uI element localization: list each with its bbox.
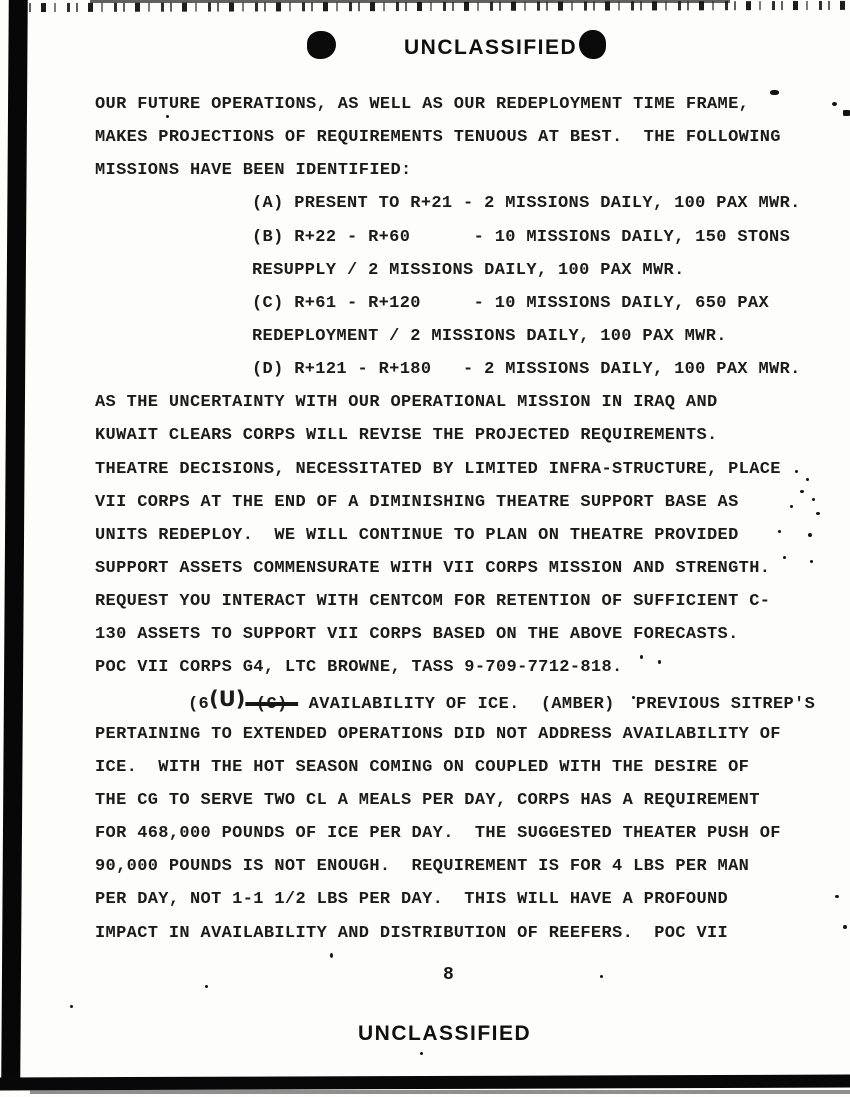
text-segment: (6 bbox=[188, 695, 209, 714]
scan-noise-band bbox=[20, 1, 848, 12]
scan-speck bbox=[832, 102, 837, 106]
hole-punch-icon bbox=[579, 30, 606, 59]
scan-speck bbox=[806, 478, 809, 481]
handwritten-unclassified-mark: (U) bbox=[209, 687, 245, 711]
scan-edge-bar-bottom bbox=[0, 1075, 850, 1091]
scan-speck bbox=[205, 985, 208, 988]
hole-punch-icon bbox=[307, 31, 336, 59]
scan-speck bbox=[640, 655, 643, 659]
scan-speck bbox=[816, 512, 820, 515]
scan-speck bbox=[166, 115, 169, 118]
text-line: RESUPPLY / 2 MISSIONS DAILY, 100 PAX MWR… bbox=[95, 254, 795, 287]
text-line: REDEPLOYMENT / 2 MISSIONS DAILY, 100 PAX… bbox=[95, 320, 795, 353]
scan-speck bbox=[835, 895, 839, 898]
scan-speck bbox=[770, 90, 779, 95]
text-line: THE CG TO SERVE TWO CL A MEALS PER DAY, … bbox=[95, 784, 795, 817]
text-line: ICE. WITH THE HOT SEASON COMING ON COUPL… bbox=[95, 751, 795, 784]
scan-speck bbox=[810, 560, 813, 563]
text-line: UNITS REDEPLOY. WE WILL CONTINUE TO PLAN… bbox=[95, 519, 795, 552]
scanned-document-page: UNCLASSIFIED OUR FUTURE OPERATIONS, AS W… bbox=[0, 0, 850, 1097]
text-line: IMPACT IN AVAILABILITY AND DISTRIBUTION … bbox=[95, 917, 795, 950]
scan-speck bbox=[600, 975, 603, 978]
text-line: OUR FUTURE OPERATIONS, AS WELL AS OUR RE… bbox=[95, 88, 795, 121]
text-line: 90,000 POUNDS IS NOT ENOUGH. REQUIREMENT… bbox=[95, 850, 795, 883]
text-line: KUWAIT CLEARS CORPS WILL REVISE THE PROJ… bbox=[95, 419, 795, 452]
text-line: THEATRE DECISIONS, NECESSITATED BY LIMIT… bbox=[95, 453, 795, 486]
page-number: 8 bbox=[443, 965, 454, 985]
scan-speck bbox=[658, 660, 661, 664]
text-segment: AVAILABILITY OF ICE. (AMBER) PREVIOUS SI… bbox=[298, 695, 815, 714]
text-line: (C) R+61 - R+120 - 10 MISSIONS DAILY, 65… bbox=[95, 287, 795, 320]
scan-speck bbox=[420, 1052, 423, 1055]
header-classification-banner: UNCLASSIFIED bbox=[404, 36, 577, 60]
text-line: 130 ASSETS TO SUPPORT VII CORPS BASED ON… bbox=[95, 618, 795, 651]
scan-speck bbox=[632, 696, 635, 699]
text-line: (6(U) (C) AVAILABILITY OF ICE. (AMBER) P… bbox=[95, 685, 795, 718]
text-line: SUPPORT ASSETS COMMENSURATE WITH VII COR… bbox=[95, 552, 795, 585]
scan-speck bbox=[843, 925, 847, 929]
text-line: AS THE UNCERTAINTY WITH OUR OPERATIONAL … bbox=[95, 386, 795, 419]
scan-speck bbox=[843, 110, 850, 116]
scan-edge-bar bbox=[1, 0, 28, 1082]
scan-speck bbox=[800, 490, 804, 493]
scan-speck bbox=[330, 953, 333, 958]
text-line: (A) PRESENT TO R+21 - 2 MISSIONS DAILY, … bbox=[95, 187, 795, 220]
footer-classification-banner: UNCLASSIFIED bbox=[358, 1022, 531, 1046]
text-line: PERTAINING TO EXTENDED OPERATIONS DID NO… bbox=[95, 718, 795, 751]
text-line: MISSIONS HAVE BEEN IDENTIFIED: bbox=[95, 154, 795, 187]
text-line: FOR 468,000 POUNDS OF ICE PER DAY. THE S… bbox=[95, 817, 795, 850]
scan-speck bbox=[790, 505, 793, 508]
text-line: VII CORPS AT THE END OF A DIMINISHING TH… bbox=[95, 486, 795, 519]
struck-confidential-mark: (C) bbox=[245, 695, 298, 714]
text-line: MAKES PROJECTIONS OF REQUIREMENTS TENUOU… bbox=[95, 121, 795, 154]
scan-speck bbox=[778, 530, 781, 533]
text-line: (D) R+121 - R+180 - 2 MISSIONS DAILY, 10… bbox=[95, 353, 795, 386]
text-line: POC VII CORPS G4, LTC BROWNE, TASS 9-709… bbox=[95, 651, 795, 684]
scan-speck bbox=[783, 556, 786, 559]
scan-speck bbox=[812, 498, 815, 501]
scan-speck bbox=[70, 1005, 73, 1008]
scan-speck bbox=[795, 470, 798, 473]
scan-edge-artifact bbox=[30, 1090, 850, 1094]
text-line: REQUEST YOU INTERACT WITH CENTCOM FOR RE… bbox=[95, 585, 795, 618]
scan-speck bbox=[808, 533, 812, 537]
document-lines: OUR FUTURE OPERATIONS, AS WELL AS OUR RE… bbox=[95, 88, 795, 950]
text-line: (B) R+22 - R+60 - 10 MISSIONS DAILY, 150… bbox=[95, 221, 795, 254]
text-line: PER DAY, NOT 1-1 1/2 LBS PER DAY. THIS W… bbox=[95, 883, 795, 916]
